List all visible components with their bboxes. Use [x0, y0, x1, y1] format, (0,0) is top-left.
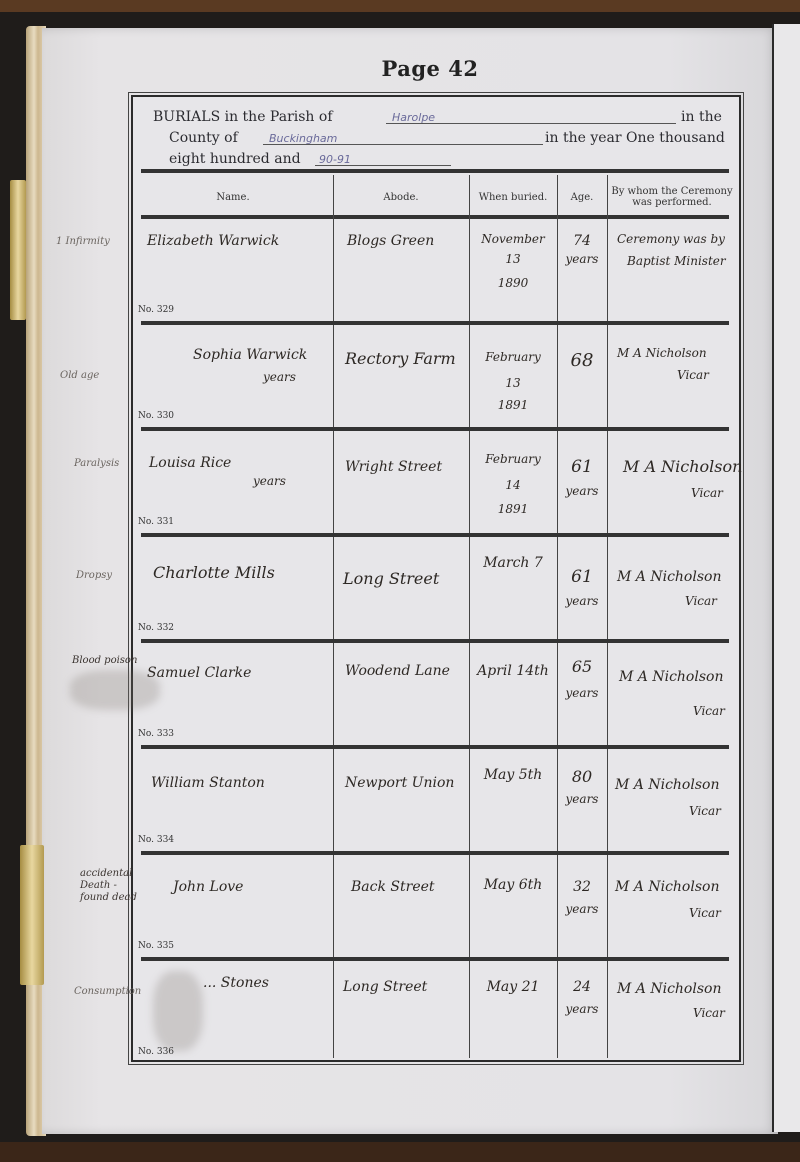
entry-abode: Long Street	[343, 977, 427, 997]
background-wood-bottom	[0, 1142, 800, 1162]
entry-age-unit: years	[557, 683, 607, 703]
entry-abode: Woodend Lane	[345, 661, 450, 681]
entry-when-month: February	[469, 449, 557, 469]
county-value: Buckingham	[263, 132, 337, 145]
entry-officiant: M A Nicholson	[623, 457, 742, 477]
entry-age: 61	[557, 567, 607, 587]
background-wood	[0, 0, 800, 12]
entry-officiant: M A Nicholson	[617, 343, 707, 363]
entry-abode: Back Street	[351, 877, 435, 897]
entry-officiant-title: Vicar	[685, 591, 717, 611]
entry-officiant-title: Vicar	[693, 1003, 725, 1023]
entry-name: John Love	[173, 877, 243, 897]
facing-page-edge	[772, 24, 800, 1132]
entry-name: Louisa Rice	[149, 453, 231, 473]
heading-eight-hundred: eight hundred and	[169, 151, 301, 167]
entry-age: 80	[557, 767, 607, 787]
table-row: William Stanton Newport Union May 5th 80…	[133, 749, 739, 853]
entry-name: Sophia Warwick	[193, 345, 307, 365]
entry-abode: Rectory Farm	[345, 349, 456, 369]
page-tab-clip-lower	[20, 845, 44, 985]
table-row: Sophia Warwick years Rectory Farm Februa…	[133, 325, 739, 429]
heading-county-label: County of	[169, 130, 238, 146]
entry-age-unit: years	[557, 789, 607, 809]
entry-age-unit: years	[557, 999, 607, 1019]
entry-abode: Blogs Green	[347, 231, 434, 251]
entry-abode: Newport Union	[345, 773, 454, 793]
register-heading: BURIALS in the Parish of Harolpe in the …	[153, 107, 733, 170]
table-row: Charlotte Mills Long Street March 7 61 y…	[133, 537, 739, 641]
entry-number: No. 331	[138, 517, 174, 527]
page-title: Page 42	[0, 56, 800, 81]
page-smudge	[70, 670, 160, 710]
entry-number: No. 333	[138, 729, 174, 739]
entry-number: No. 329	[138, 305, 174, 315]
entry-age: 65	[557, 657, 607, 677]
entry-when-month: May 5th	[469, 765, 557, 785]
entry-when-year: 1890	[469, 273, 557, 293]
entry-officiant: M A Nicholson	[617, 979, 721, 999]
table-row: Samuel Clarke Woodend Lane April 14th 65…	[133, 643, 739, 747]
column-header-abode: Abode.	[333, 177, 469, 217]
table-row: John Love Back Street May 6th 32 years M…	[133, 855, 739, 959]
margin-note: accidental Death - found dead	[80, 868, 144, 904]
year-value: 90-91	[315, 153, 351, 166]
entry-officiant: M A Nicholson	[615, 877, 719, 897]
ink-smudge	[153, 971, 203, 1051]
year-field: 90-91	[315, 149, 451, 166]
county-field: Buckingham	[263, 128, 543, 145]
column-header-age: Age.	[557, 177, 607, 217]
entry-name: ... Stones	[203, 973, 269, 993]
parish-value: Harolpe	[386, 111, 435, 124]
column-header-when-buried: When buried.	[469, 177, 557, 217]
entry-number: No. 335	[138, 941, 174, 951]
entry-when-year: 1891	[469, 499, 557, 519]
entry-officiant: M A Nicholson	[617, 567, 721, 587]
entry-when-day: 13	[469, 373, 557, 393]
column-header-officiant: By whom the Ceremony was performed.	[609, 177, 735, 217]
entry-number: No. 330	[138, 411, 174, 421]
entry-abode: Long Street	[343, 569, 439, 589]
margin-note: Paralysis	[74, 458, 134, 470]
entry-officiant: M A Nicholson	[619, 667, 723, 687]
margin-note: Old age	[60, 370, 130, 382]
entry-officiant: Ceremony was by	[617, 229, 725, 249]
entry-when-month: May 6th	[469, 875, 557, 895]
entry-officiant-title: Vicar	[689, 801, 721, 821]
entry-age: 24	[557, 977, 607, 997]
parish-field: Harolpe	[386, 107, 676, 124]
entry-officiant: M A Nicholson	[615, 775, 719, 795]
entry-officiant-title: Vicar	[677, 365, 709, 385]
margin-note: 1 Infirmity	[56, 236, 126, 248]
entry-officiant-title: Vicar	[693, 701, 725, 721]
entry-name: William Stanton	[151, 773, 265, 793]
entry-name: Elizabeth Warwick	[147, 231, 279, 251]
margin-note: Consumption	[74, 986, 144, 998]
entry-age-unit: years	[557, 481, 607, 501]
entry-when-day: 13	[469, 249, 557, 269]
entry-when-month: May 21	[469, 977, 557, 997]
column-header-name: Name.	[133, 177, 333, 217]
entry-officiant-title: Vicar	[689, 903, 721, 923]
heading-parish-label: BURIALS in the Parish of	[153, 109, 333, 125]
entry-age: 68	[557, 351, 607, 371]
burial-register-table: BURIALS in the Parish of Harolpe in the …	[131, 95, 741, 1062]
entry-number: No. 336	[138, 1047, 174, 1057]
table-row: ... Stones Long Street May 21 24 years M…	[133, 961, 739, 1065]
entry-when-month: April 14th	[469, 661, 557, 681]
entry-when-year: 1891	[469, 395, 557, 415]
page-tab-clip-upper	[10, 180, 26, 320]
entry-when-month: March 7	[469, 553, 557, 573]
entry-officiant-title: Baptist Minister	[627, 251, 726, 271]
entry-officiant-title: Vicar	[691, 483, 723, 503]
entry-age: 61	[557, 457, 607, 477]
entry-when-day: 14	[469, 475, 557, 495]
heading-in-the: in the	[681, 107, 722, 128]
entry-age: 74	[557, 231, 607, 251]
entry-number: No. 334	[138, 835, 174, 845]
entry-age: 32	[557, 877, 607, 897]
entry-name: Charlotte Mills	[153, 563, 275, 583]
entry-age-unit: years	[557, 591, 607, 611]
entry-number: No. 332	[138, 623, 174, 633]
entry-when-month: February	[469, 347, 557, 367]
margin-note: Dropsy	[76, 570, 136, 582]
rule-header-top	[141, 169, 729, 173]
entry-name: Samuel Clarke	[147, 663, 251, 683]
entry-abode: Wright Street	[345, 457, 442, 477]
table-row: Elizabeth Warwick Blogs Green November 1…	[133, 219, 739, 323]
entry-when-month: November	[469, 229, 557, 249]
entry-name-note: years	[253, 471, 286, 491]
heading-year-label: in the year One thousand	[545, 128, 725, 149]
margin-note: Blood poison	[72, 655, 152, 667]
table-row: Louisa Rice years Wright Street February…	[133, 431, 739, 535]
entry-age-unit: years	[557, 899, 607, 919]
entry-age-unit: years	[557, 249, 607, 269]
entry-name-note: years	[263, 367, 296, 387]
